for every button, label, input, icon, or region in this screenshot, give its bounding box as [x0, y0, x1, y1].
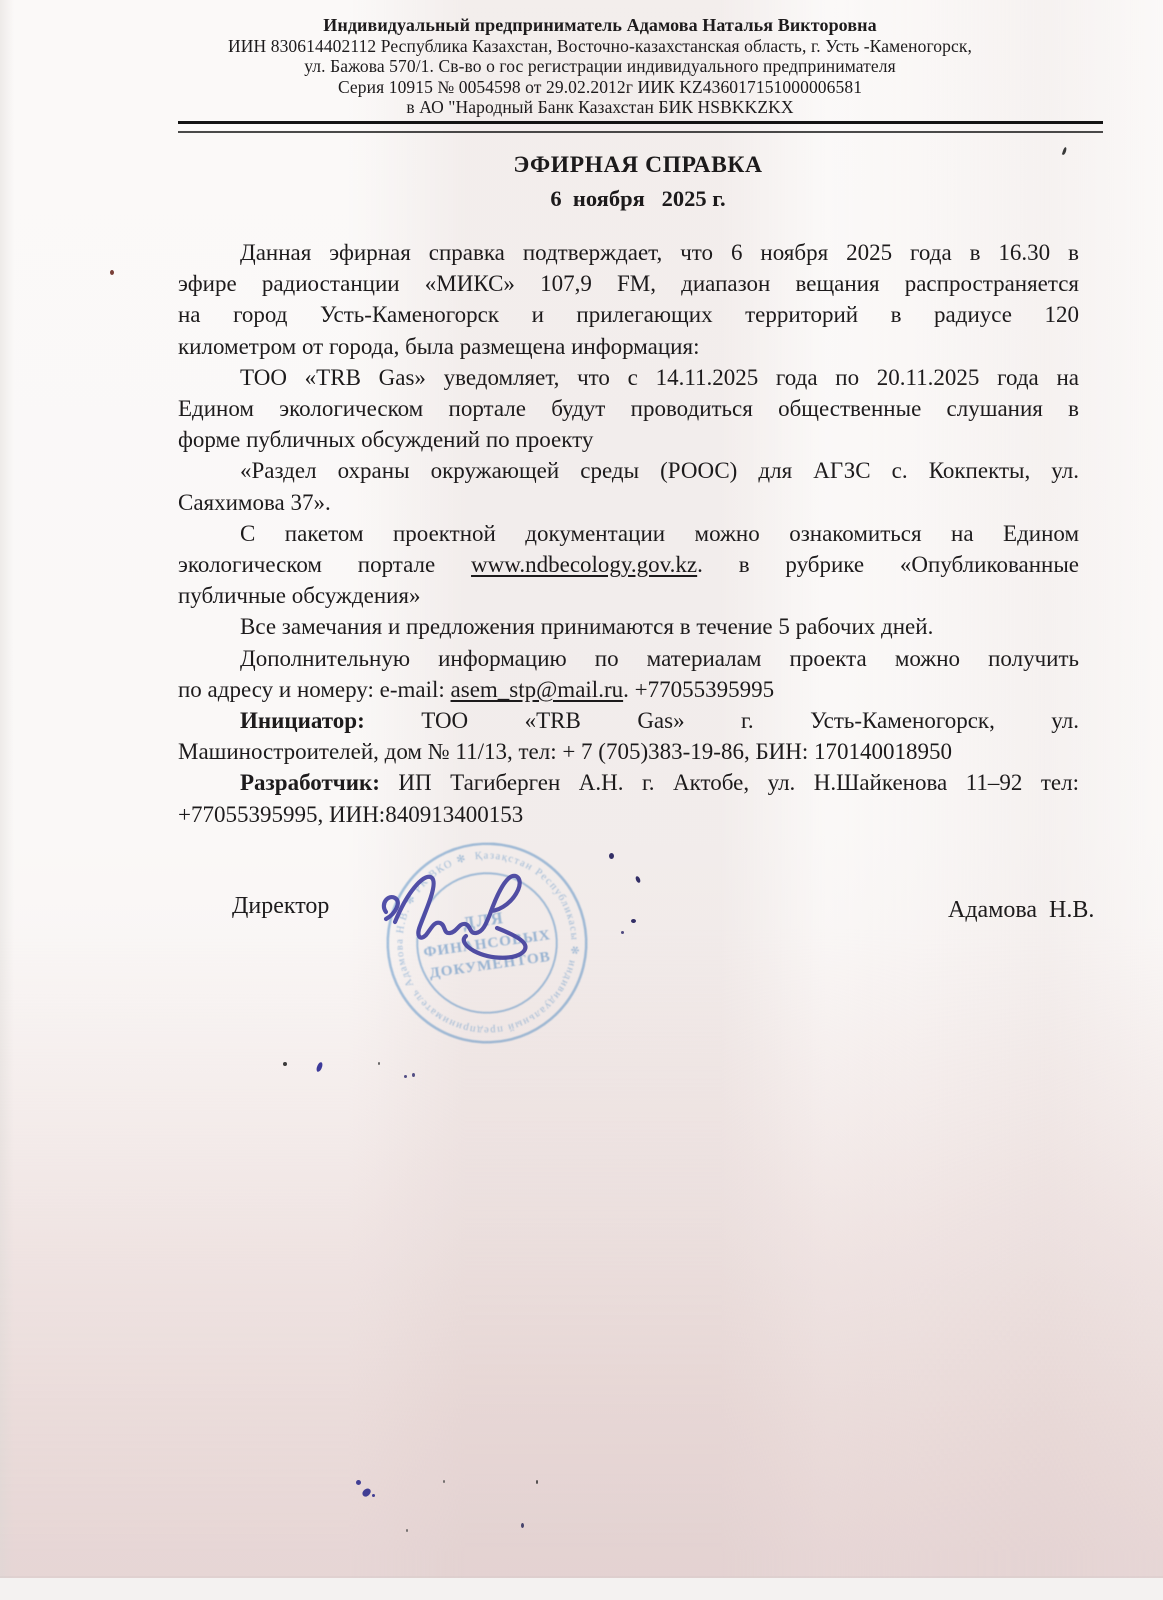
body-line: километром от города, была размещена инф…: [178, 331, 1079, 362]
body-line: Едином экологическом портале будут прово…: [178, 393, 1079, 424]
link-text: asem_stp@mail.ru: [451, 677, 624, 702]
body-text: Данная эфирная справка подтверждает, что…: [240, 240, 1079, 265]
ink-speck: [110, 270, 114, 275]
body-line: публичные обсуждения»: [178, 580, 1079, 611]
body-line: по адресу и номеру: e-mail: asem_stp@mai…: [178, 674, 1079, 705]
body-text: публичные обсуждения»: [178, 583, 421, 608]
ink-speck: [536, 1480, 538, 1484]
body-text: С пакетом проектной документации можно о…: [240, 521, 1079, 546]
body-line: эфире радиостанции «МИКС» 107,9 FM, диап…: [178, 268, 1079, 299]
signatory-role: Директор: [232, 893, 329, 920]
body-text: экологическом портале: [178, 552, 471, 577]
body-line: форме публичных обсуждений по проекту: [178, 424, 1079, 455]
ink-speck: [412, 1073, 415, 1077]
ink-speck: [356, 1480, 361, 1485]
body-text: Дополнительную информацию по материалам …: [240, 646, 1079, 671]
ink-speck: [378, 1062, 380, 1065]
scan-bottom-edge: [0, 1576, 1163, 1600]
ink-speck: [443, 1480, 445, 1483]
body-text: Все замечания и предложения принимаются …: [240, 614, 933, 639]
body-line: Саяхимова 37».: [178, 487, 1079, 518]
scanned-document-page: Индивидуальный предприниматель Адамова Н…: [0, 0, 1163, 1600]
ink-speck: [631, 919, 636, 923]
handwritten-signature: [378, 856, 554, 960]
ink-speck: [635, 875, 642, 883]
ink-speck: [521, 1523, 524, 1528]
body-text: +77055395995, ИИН:840913400153: [178, 802, 523, 827]
body-line: «Раздел охраны окружающей среды (РООС) д…: [178, 455, 1079, 486]
body-line: Дополнительную информацию по материалам …: [178, 643, 1079, 674]
body-text: Саяхимова 37».: [178, 490, 331, 515]
ink-speck: [283, 1062, 287, 1066]
body-text: . +77055395995: [623, 677, 774, 702]
ink-speck: [316, 1062, 323, 1073]
ink-speck: [372, 1494, 375, 1497]
body-text: на город Усть-Каменогорск и прилегающих …: [178, 302, 1079, 327]
body-line: Данная эфирная справка подтверждает, что…: [178, 237, 1079, 268]
body-text: ИП Тагиберген А.Н. г. Актобе, ул. Н.Шайк…: [380, 770, 1079, 795]
body-text: ТОО «TRB Gas» г. Усть-Каменогорск, ул.: [365, 708, 1079, 733]
letterhead-divider: [178, 121, 1103, 133]
body-line: +77055395995, ИИН:840913400153: [178, 799, 1079, 830]
body-line: на город Усть-Каменогорск и прилегающих …: [178, 299, 1079, 330]
body-line: Все замечания и предложения принимаются …: [178, 611, 1079, 642]
bold-lead-label: Разработчик:: [240, 770, 380, 795]
body-line: Инициатор: ТОО «TRB Gas» г. Усть-Каменог…: [178, 705, 1079, 736]
ink-speck: [404, 1075, 407, 1078]
body-text: эфире радиостанции «МИКС» 107,9 FM, диап…: [178, 271, 1079, 296]
link-text: www.ndbecology.gov.kz: [471, 552, 697, 577]
body-text: . в рубрике «Опубликованные: [697, 552, 1079, 577]
signatory-name: Адамова Н.В.: [948, 897, 1094, 924]
letterhead-line: в АО "Народный Банк Казахстан БИК HSBKKZ…: [120, 97, 1080, 118]
body-text: километром от города, была размещена инф…: [178, 334, 699, 359]
letterhead-line: ул. Бажова 570/1. Св-во о гос регистраци…: [120, 56, 1080, 77]
body-text: Едином экологическом портале будут прово…: [178, 396, 1079, 421]
body-line: Разработчик: ИП Тагиберген А.Н. г. Актоб…: [178, 767, 1079, 798]
ink-speck: [609, 853, 614, 859]
ink-speck: [406, 1529, 408, 1532]
body-text: ТОО «TRB Gas» уведомляет, что с 14.11.20…: [240, 365, 1079, 390]
letterhead-line: Серия 10915 № 0054598 от 29.02.2012г ИИК…: [120, 77, 1080, 98]
body-text: «Раздел охраны окружающей среды (РООС) д…: [240, 458, 1079, 483]
body-text: Машиностроителей, дом № 11/13, тел: + 7 …: [178, 739, 952, 764]
body-line: С пакетом проектной документации можно о…: [178, 518, 1079, 549]
body-text: форме публичных обсуждений по проекту: [178, 427, 593, 452]
ink-speck: [621, 931, 624, 934]
letterhead-line: Индивидуальный предприниматель Адамова Н…: [120, 15, 1080, 36]
body-text: по адресу и номеру: e-mail:: [178, 677, 451, 702]
ink-speck: [361, 1487, 372, 1498]
bold-lead-label: Инициатор:: [240, 708, 365, 733]
body-line: экологическом портале www.ndbecology.gov…: [178, 549, 1079, 580]
letterhead-line: ИИН 830614402112 Республика Казахстан, В…: [120, 36, 1080, 57]
document-title: ЭФИРНАЯ СПРАВКА: [178, 152, 1098, 179]
document-date: 6 ноября 2025 г.: [178, 186, 1098, 212]
body-line: ТОО «TRB Gas» уведомляет, что с 14.11.20…: [178, 362, 1079, 393]
letterhead: Индивидуальный предприниматель Адамова Н…: [120, 15, 1080, 118]
body-line: Машиностроителей, дом № 11/13, тел: + 7 …: [178, 736, 1079, 767]
document-body: Данная эфирная справка подтверждает, что…: [178, 237, 1079, 830]
